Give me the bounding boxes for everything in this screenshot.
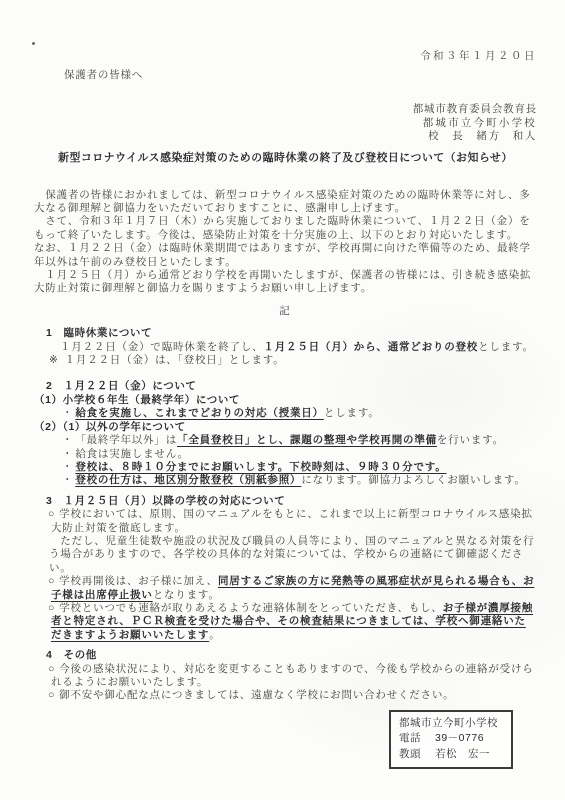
note-marker: ※ — [49, 354, 59, 367]
contact-head-label: 教頭 — [399, 747, 435, 763]
intro-paragraph-1: 保護者の皆様におかれましては、新型コロナウイルス感染症対策のための臨時休業等に対… — [34, 189, 537, 216]
text-segment: １月２２日（金）で臨時休業を終了し、 — [60, 342, 263, 353]
text-segment: 学校再開後は、お子様に加え、 — [59, 576, 218, 587]
section-4: 4 その他 ○今後の感染状況により、対応を変更することもありますので、今後も学校… — [34, 649, 537, 703]
circle-marker: ○ — [48, 603, 55, 614]
text-segment: とします。 — [478, 342, 534, 353]
text-segment: 給食は実施しません。 — [75, 449, 189, 460]
text-segment: とします。 — [324, 408, 380, 419]
bullet-item: ・登校は、８時１０分までにお願いします。下校時刻は、９時３０分です。 — [62, 461, 537, 474]
contact-head-value: 若松 宏一 — [435, 747, 490, 763]
circle-text: 学校再開後は、お子様に加え、同居するご家族の方に発熱等の風邪症状が見られる場合も… — [51, 576, 534, 600]
section-1-heading: 1 臨時休業について — [46, 327, 537, 340]
sender-org: 都城市教育委員会教育長 — [34, 103, 537, 117]
text-segment: となります。 — [153, 590, 220, 601]
contact-school-name: 都城市立今町小学校 — [399, 716, 503, 732]
circle-item: ○御不安や御心配な点につきましては、遠慮なく学校にお問い合わせください。 — [51, 689, 537, 702]
bullet-marker: ・ — [62, 448, 73, 461]
text-segment: 学校といつでも連絡が取りあえるような連絡体制をとっていただき、もし、 — [59, 603, 443, 614]
document-title: 新型コロナウイルス感染症対策のための臨時休業の終了及び登校日について（お知らせ） — [34, 152, 537, 165]
bullet-marker: ・ — [62, 474, 73, 487]
intro-paragraph-3: なお、１月２２日（金）は臨時休業期間ではありますが、学校再開に向けた準備等のため… — [34, 242, 537, 269]
section-1-note: ※１月２２日（金）は、「登校日」とします。 — [49, 354, 537, 367]
circle-text: 御不安や御心配な点につきましては、遠慮なく学校にお問い合わせください。 — [59, 690, 454, 701]
notice-document: 令和３年１月２０日 保護者の皆様へ 都城市教育委員会教育長 都城市立今町小学校 … — [0, 0, 565, 800]
section-2-sub1-heading: （1）小学校６年生（最終学年）について — [34, 394, 537, 407]
circle-marker: ○ — [48, 509, 55, 520]
contact-box: 都城市立今町小学校 電話39－0776 教頭若松 宏一 — [389, 710, 513, 770]
circle-item-supplement: ただし、児童生徒数や施設の状況及び職員の人員等により、国のマニュアルと異なる対策… — [49, 535, 537, 575]
sender-principal: 校 長 緒方 和人 — [34, 130, 537, 144]
circle-text: 学校といつでも連絡が取りあえるような連絡体制をとっていただき、もし、お子様が濃厚… — [51, 603, 533, 641]
section-1: 1 臨時休業について １月２２日（金）で臨時休業を終了し、１月２５日（月）から、… — [34, 327, 537, 367]
intro-paragraph-2: さて、令和３年１月７日（木）から実施しておりました臨時休業について、１月２２日（… — [34, 215, 537, 242]
bullet-marker: ・ — [62, 434, 73, 447]
section-3: 3 １月２５日（月）以降の学校の対応について ○学校においては、原則、国のマニュ… — [34, 495, 537, 642]
circle-item: ○学校再開後は、お子様に加え、同居するご家族の方に発熱等の風邪症状が見られる場合… — [51, 575, 537, 602]
section-1-line: １月２２日（金）で臨時休業を終了し、１月２５日（月）から、通常どおりの登校としま… — [60, 341, 537, 354]
record-marker: 記 — [34, 305, 537, 318]
text-segment: 。 — [209, 630, 220, 641]
bullet-item: ・給食は実施しません。 — [62, 448, 537, 461]
circle-item: ○学校においては、原則、国のマニュアルをもとに、これまで以上に新型コロナウイルス… — [51, 508, 537, 535]
bullet-text: 登校は、８時１０分までにお願いします。下校時刻は、９時３０分です。 — [75, 461, 446, 474]
bullet-text: 登校の仕方は、地区別分散登校（別紙参照）になります。御協力よろしくお願いします。 — [75, 474, 525, 487]
circle-marker: ○ — [48, 664, 55, 675]
section-2-heading: 2 １月２２日（金）について — [46, 380, 537, 393]
contact-phone-label: 電話 — [399, 731, 435, 747]
bullet-text: 給食を実施し、これまでどおりの対応（授業日）とします。 — [75, 407, 379, 420]
contact-box-container: 都城市立今町小学校 電話39－0776 教頭若松 宏一 — [34, 710, 537, 770]
text-segment: 「最終学年以外」は — [75, 435, 177, 446]
bullet-item: ・給食を実施し、これまでどおりの対応（授業日）とします。 — [62, 407, 537, 420]
note-text: １月２２日（金）は、「登校日」とします。 — [65, 354, 285, 367]
section-2-sub2-heading: （2）（1）以外の学年について — [34, 421, 537, 434]
text-segment: になります。御協力よろしくお願いします。 — [301, 475, 525, 486]
emphasized-segment: 登校の仕方は、地区別分散登校（別紙参照） — [75, 474, 301, 486]
sender-block: 都城市教育委員会教育長 都城市立今町小学校 校 長 緒方 和人 — [34, 103, 537, 144]
sender-school: 都城市立今町小学校 — [34, 117, 537, 131]
contact-phone-row: 電話39－0776 — [399, 731, 503, 747]
contact-phone-value: 39－0776 — [435, 731, 484, 747]
bullet-marker: ・ — [62, 407, 73, 420]
addressee: 保護者の皆様へ — [64, 69, 537, 82]
circle-text: 学校においては、原則、国のマニュアルをもとに、これまで以上に新型コロナウイルス感… — [51, 509, 533, 533]
bullet-item: ・登校の仕方は、地区別分散登校（別紙参照）になります。御協力よろしくお願いします… — [62, 474, 537, 487]
emphasized-segment: 給食を実施し、これまでどおりの対応（授業日） — [75, 407, 324, 419]
bullet-item: ・「最終学年以外」は「全員登校日」とし、課題の整理や学校再開の準備を行います。 — [62, 434, 537, 447]
circle-marker: ○ — [48, 690, 55, 701]
circle-marker: ○ — [48, 576, 55, 587]
section-4-heading: 4 その他 — [46, 649, 537, 662]
contact-head-row: 教頭若松 宏一 — [399, 747, 503, 763]
intro-paragraph-4: １月２５日（月）から通常どおり学校を再開いたしますが、保護者の皆様には、引き続き… — [34, 269, 537, 296]
circle-item: ○学校といつでも連絡が取りあえるような連絡体制をとっていただき、もし、お子様が濃… — [51, 602, 537, 642]
section-3-heading: 3 １月２５日（月）以降の学校の対応について — [46, 495, 537, 508]
circle-text: 今後の感染状況により、対応を変更することもありますので、今後も学校からの連絡が受… — [51, 664, 534, 688]
text-segment: を行います。 — [437, 435, 504, 446]
section-2: 2 １月２２日（金）について （1）小学校６年生（最終学年）について ・給食を実… — [34, 380, 537, 487]
circle-item: ○今後の感染状況により、対応を変更することもありますので、今後も学校からの連絡が… — [51, 663, 537, 690]
bullet-text: 給食は実施しません。 — [75, 448, 189, 461]
bold-segment: １月２５日（月）から、通常どおりの登校 — [263, 341, 478, 353]
emphasized-segment: 登校は、８時１０分までにお願いします。下校時刻は、９時３０分です。 — [75, 461, 446, 473]
issue-date: 令和３年１月２０日 — [34, 50, 537, 63]
scan-artifact — [32, 42, 35, 45]
emphasized-segment: 「全員登校日」とし、課題の整理や学校再開の準備 — [177, 434, 437, 446]
bullet-marker: ・ — [62, 461, 73, 474]
intro-paragraphs: 保護者の皆様におかれましては、新型コロナウイルス感染症対策のための臨時休業等に対… — [34, 189, 537, 296]
bullet-text: 「最終学年以外」は「全員登校日」とし、課題の整理や学校再開の準備を行います。 — [75, 434, 504, 447]
